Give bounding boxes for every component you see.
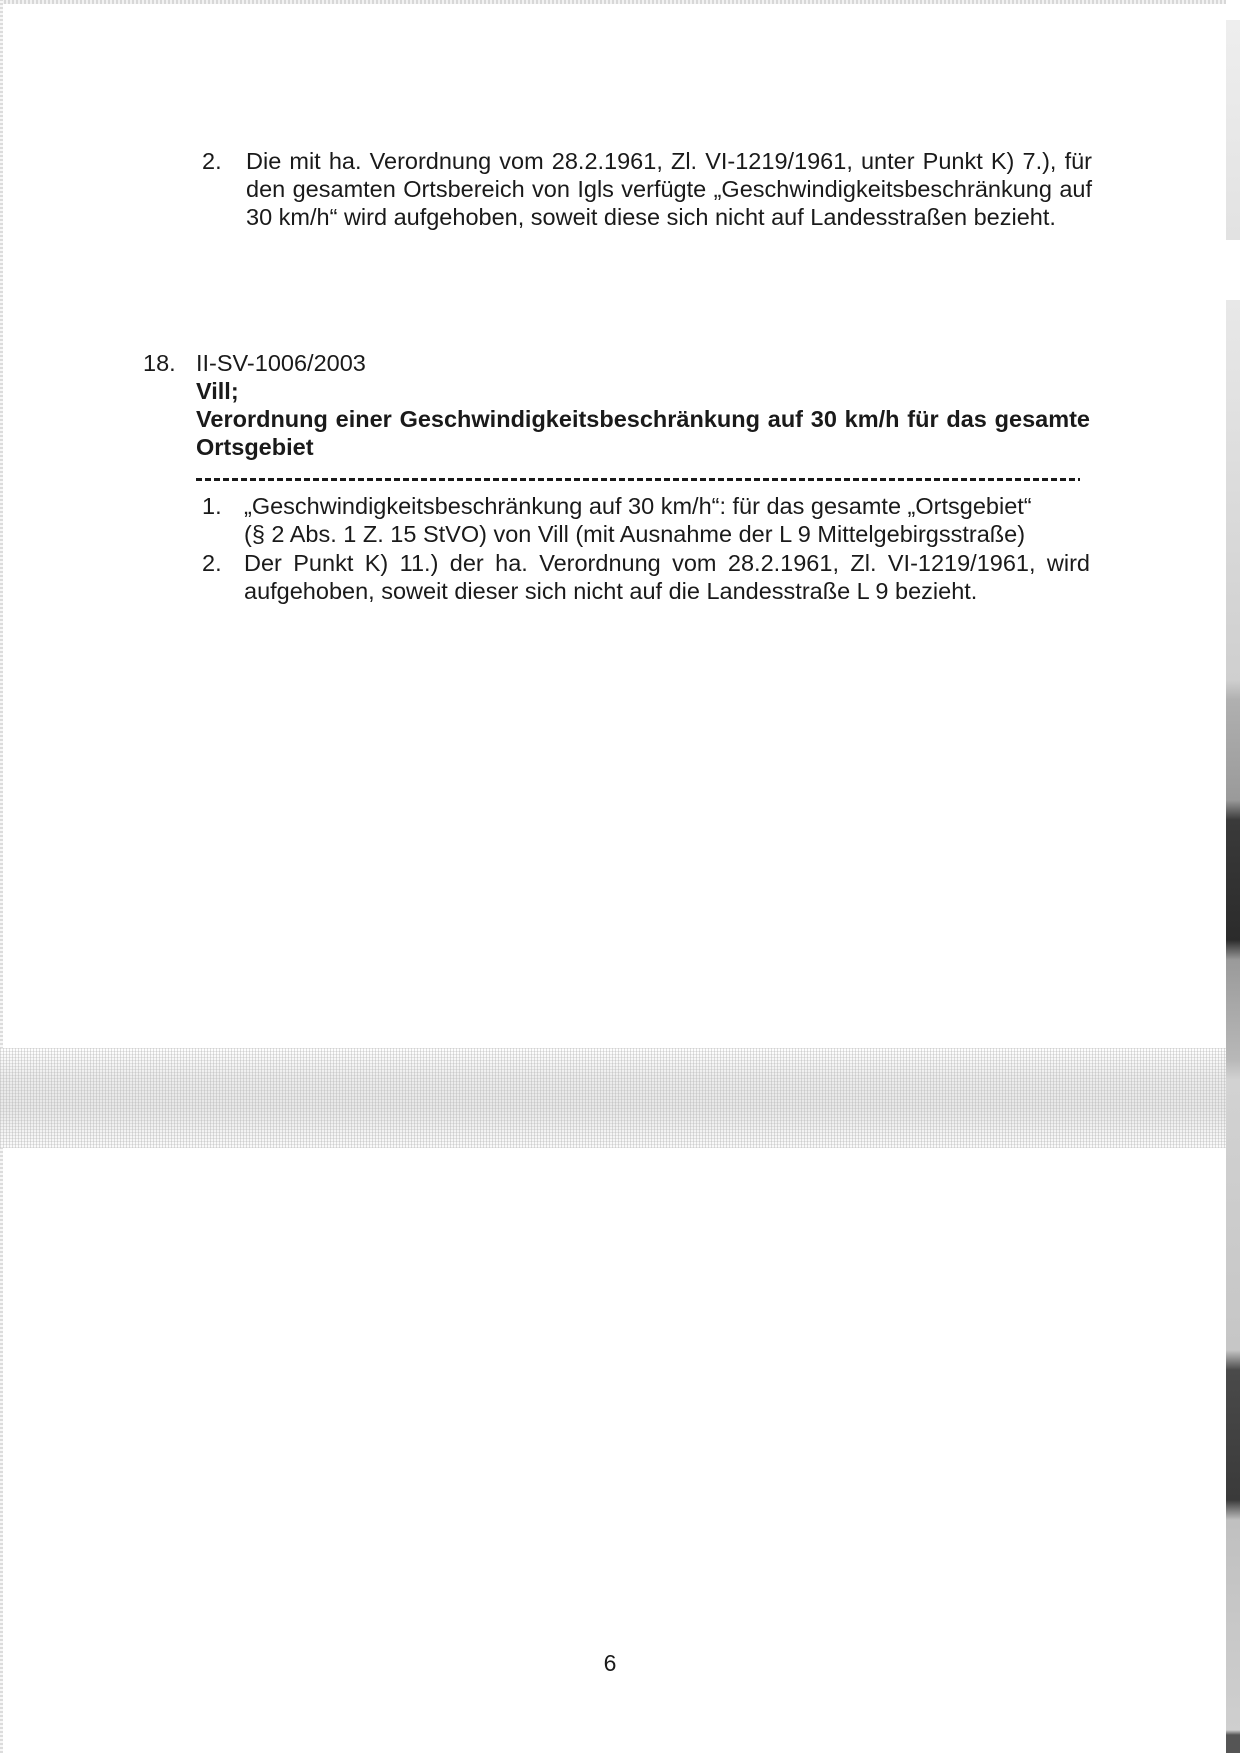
scan-noise-band [0, 1048, 1226, 1148]
scan-edge-left [0, 0, 3, 1753]
scan-edge-top [0, 0, 1240, 4]
scanned-document-page: 2. Die mit ha. Verordnung vom 28.2.1961,… [0, 0, 1240, 1753]
item-text: Die mit ha. Verordnung vom 28.2.1961, Zl… [246, 147, 1092, 231]
sub-item-text-line2: (§ 2 Abs. 1 Z. 15 StVO) von Vill (mit Au… [244, 520, 1025, 548]
entry-title: Verordnung einer Geschwindigkeitsbeschrä… [196, 405, 1090, 461]
entry-number: 18. [143, 349, 176, 377]
scan-edge-right [1226, 0, 1240, 1753]
sub-item-text: Der Punkt K) 11.) der ha. Verordnung vom… [244, 549, 1090, 605]
sub-item-number: 1. [202, 492, 222, 520]
page-number: 6 [0, 1650, 1220, 1677]
entry-place: Vill; [196, 377, 239, 405]
sub-item-text-line1: „Geschwindigkeitsbeschränkung auf 30 km/… [244, 492, 1032, 520]
item-number: 2. [202, 147, 222, 175]
dashed-separator [196, 478, 1080, 481]
entry-reference: II-SV-1006/2003 [196, 349, 366, 377]
sub-item-number: 2. [202, 549, 222, 577]
